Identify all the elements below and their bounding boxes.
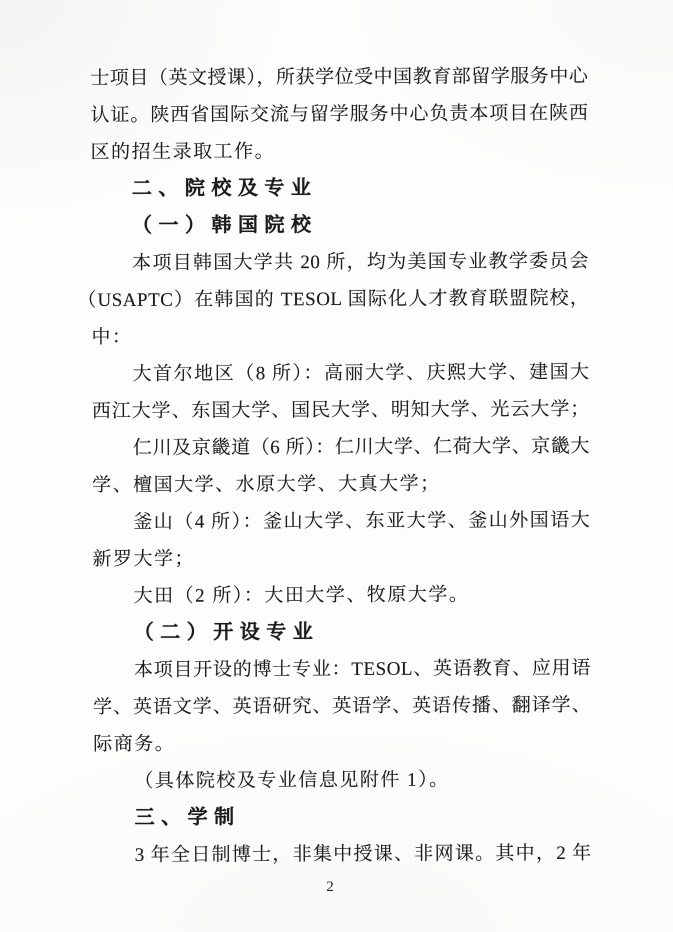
- body-text-line: 本项目韩国大学共 20 所，均为美国专业教学委员会: [91, 243, 589, 282]
- body-text-line: 大田（2 所）：大田大学、牧原大学。: [93, 576, 591, 615]
- document-page: 士项目（英文授课），所获学位受中国教育部留学服务中心认证。陕西省国际交流与留学服…: [0, 0, 673, 932]
- scanned-document: { "colors": { "ink": "#1b1b1b", "paper":…: [0, 0, 673, 932]
- body-text-line: 学、檀国大学、水原大学、大真大学；: [92, 465, 590, 504]
- section-heading: 二、院校及专业: [91, 169, 589, 208]
- body-text-line: 3 年全日制博士，非集中授课、非网课。其中，2 年授: [94, 835, 592, 874]
- page-number: 2: [0, 879, 660, 896]
- body-text-line: 际商务。: [93, 724, 591, 763]
- body-text-line: （USAPTC）在韩国的 TESOL 国际化人才教育联盟院校，其: [77, 280, 589, 319]
- body-text-line: 西江大学、东国大学、国民大学、明知大学、光云大学；: [92, 391, 590, 430]
- body-text-line: 中：: [91, 317, 589, 356]
- body-text-line: 士项目（英文授课），所获学位受中国教育部留学服务中心: [90, 58, 588, 97]
- body-text-line: 认证。陕西省国际交流与留学服务中心负责本项目在陕西地: [90, 95, 588, 134]
- body-text-line: 釜山（4 所）：釜山大学、东亚大学、釜山外国语大学、: [92, 502, 590, 541]
- section-heading: （二）开设专业: [93, 613, 591, 652]
- body-text-line: 大首尔地区（8 所）：高丽大学、庆熙大学、建国大学、: [92, 354, 590, 393]
- body-text-line: （具体院校及专业信息见附件 1）。: [93, 761, 591, 800]
- body-text-line: 区的招生录取工作。: [91, 132, 589, 171]
- body-text-line: 学、英语文学、英语研究、英语学、英语传播、翻译学、国: [93, 687, 591, 726]
- text-block: 士项目（英文授课），所获学位受中国教育部留学服务中心认证。陕西省国际交流与留学服…: [90, 0, 592, 932]
- body-text-line: 新罗大学；: [92, 539, 590, 578]
- body-text-line: 仁川及京畿道（6 所）：仁川大学、仁荷大学、京畿大: [92, 428, 590, 467]
- body-text-line: 本项目开设的博士专业：TESOL、英语教育、应用语言: [93, 650, 591, 689]
- section-heading: 三、学制: [93, 798, 591, 837]
- section-heading: （一）韩国院校: [91, 206, 589, 245]
